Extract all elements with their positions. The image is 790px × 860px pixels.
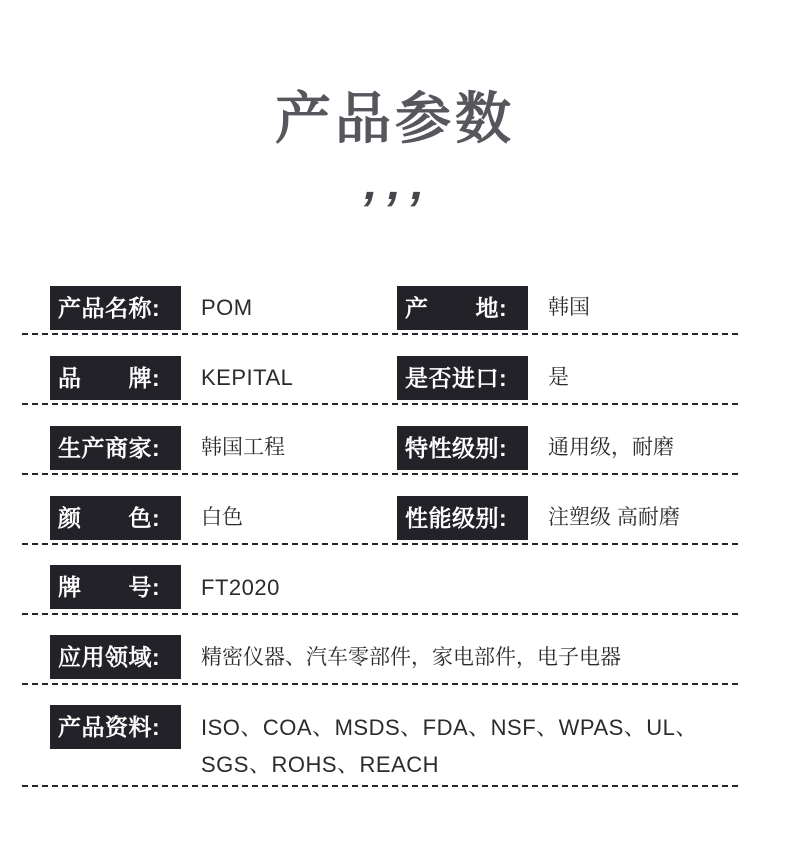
decor-quote-marks: ,,, [0, 158, 790, 211]
color-label: 颜 色: [50, 496, 181, 540]
product-name-value: POM [201, 293, 253, 323]
param-cell-product-data: 产品资料: ISO、COA、MSDS、FDA、NSF、WPAS、UL、SGS、R… [22, 705, 738, 783]
param-row-brand-import: 品 牌: KEPITAL 是否进口: 是 [22, 355, 738, 405]
param-row-manufacturer-grade: 生产商家: 韩国工程 特性级别: 通用级，耐磨 [22, 425, 738, 475]
grade-number-value: FT2020 [201, 573, 280, 603]
param-cell-brand: 品 牌: KEPITAL [22, 355, 397, 401]
imported-label: 是否进口: [397, 356, 528, 400]
application-field-label: 应用领域: [50, 635, 181, 679]
characteristic-level-value: 通用级，耐磨 [548, 433, 674, 463]
param-cell-application: 应用领域: 精密仪器、汽车零部件，家电部件，电子电器 [22, 635, 738, 681]
page-title: 产品参数 [0, 0, 790, 154]
param-row-grade-number: 牌 号: FT2020 [22, 565, 738, 615]
brand-value: KEPITAL [201, 363, 293, 393]
param-cell-imported: 是否进口: 是 [397, 355, 738, 401]
param-cell-characteristic-level: 特性级别: 通用级，耐磨 [397, 425, 738, 471]
manufacturer-value: 韩国工程 [201, 433, 285, 463]
performance-level-label: 性能级别: [397, 496, 528, 540]
param-cell-origin: 产 地: 韩国 [397, 285, 738, 331]
param-cell-color: 颜 色: 白色 [22, 495, 397, 541]
brand-label: 品 牌: [50, 356, 181, 400]
origin-value: 韩国 [548, 293, 590, 323]
grade-number-label: 牌 号: [50, 565, 181, 609]
color-value: 白色 [201, 503, 243, 533]
param-cell-manufacturer: 生产商家: 韩国工程 [22, 425, 397, 471]
param-cell-performance-level: 性能级别: 注塑级 高耐磨 [397, 495, 738, 541]
manufacturer-label: 生产商家: [50, 426, 181, 470]
product-data-label: 产品资料: [50, 705, 181, 749]
product-data-value: ISO、COA、MSDS、FDA、NSF、WPAS、UL、SGS、ROHS、RE… [201, 705, 721, 783]
param-row-application: 应用领域: 精密仪器、汽车零部件，家电部件，电子电器 [22, 635, 738, 685]
origin-label: 产 地: [397, 286, 528, 330]
param-row-color-performance: 颜 色: 白色 性能级别: 注塑级 高耐磨 [22, 495, 738, 545]
param-cell-product-name: 产品名称: POM [22, 285, 397, 331]
characteristic-level-label: 特性级别: [397, 426, 528, 470]
product-parameters-page: 产品参数 ,,, 产品名称: POM 产 地: 韩国 品 牌: KEPITAL … [0, 0, 790, 860]
param-row-product-data: 产品资料: ISO、COA、MSDS、FDA、NSF、WPAS、UL、SGS、R… [22, 705, 738, 787]
performance-level-value: 注塑级 高耐磨 [548, 503, 680, 533]
imported-value: 是 [548, 363, 569, 393]
parameters-table: 产品名称: POM 产 地: 韩国 品 牌: KEPITAL 是否进口: 是 生… [22, 285, 738, 787]
application-field-value: 精密仪器、汽车零部件，家电部件，电子电器 [201, 643, 621, 673]
param-cell-grade-number: 牌 号: FT2020 [22, 565, 738, 611]
product-name-label: 产品名称: [50, 286, 181, 330]
param-row-name-origin: 产品名称: POM 产 地: 韩国 [22, 285, 738, 335]
